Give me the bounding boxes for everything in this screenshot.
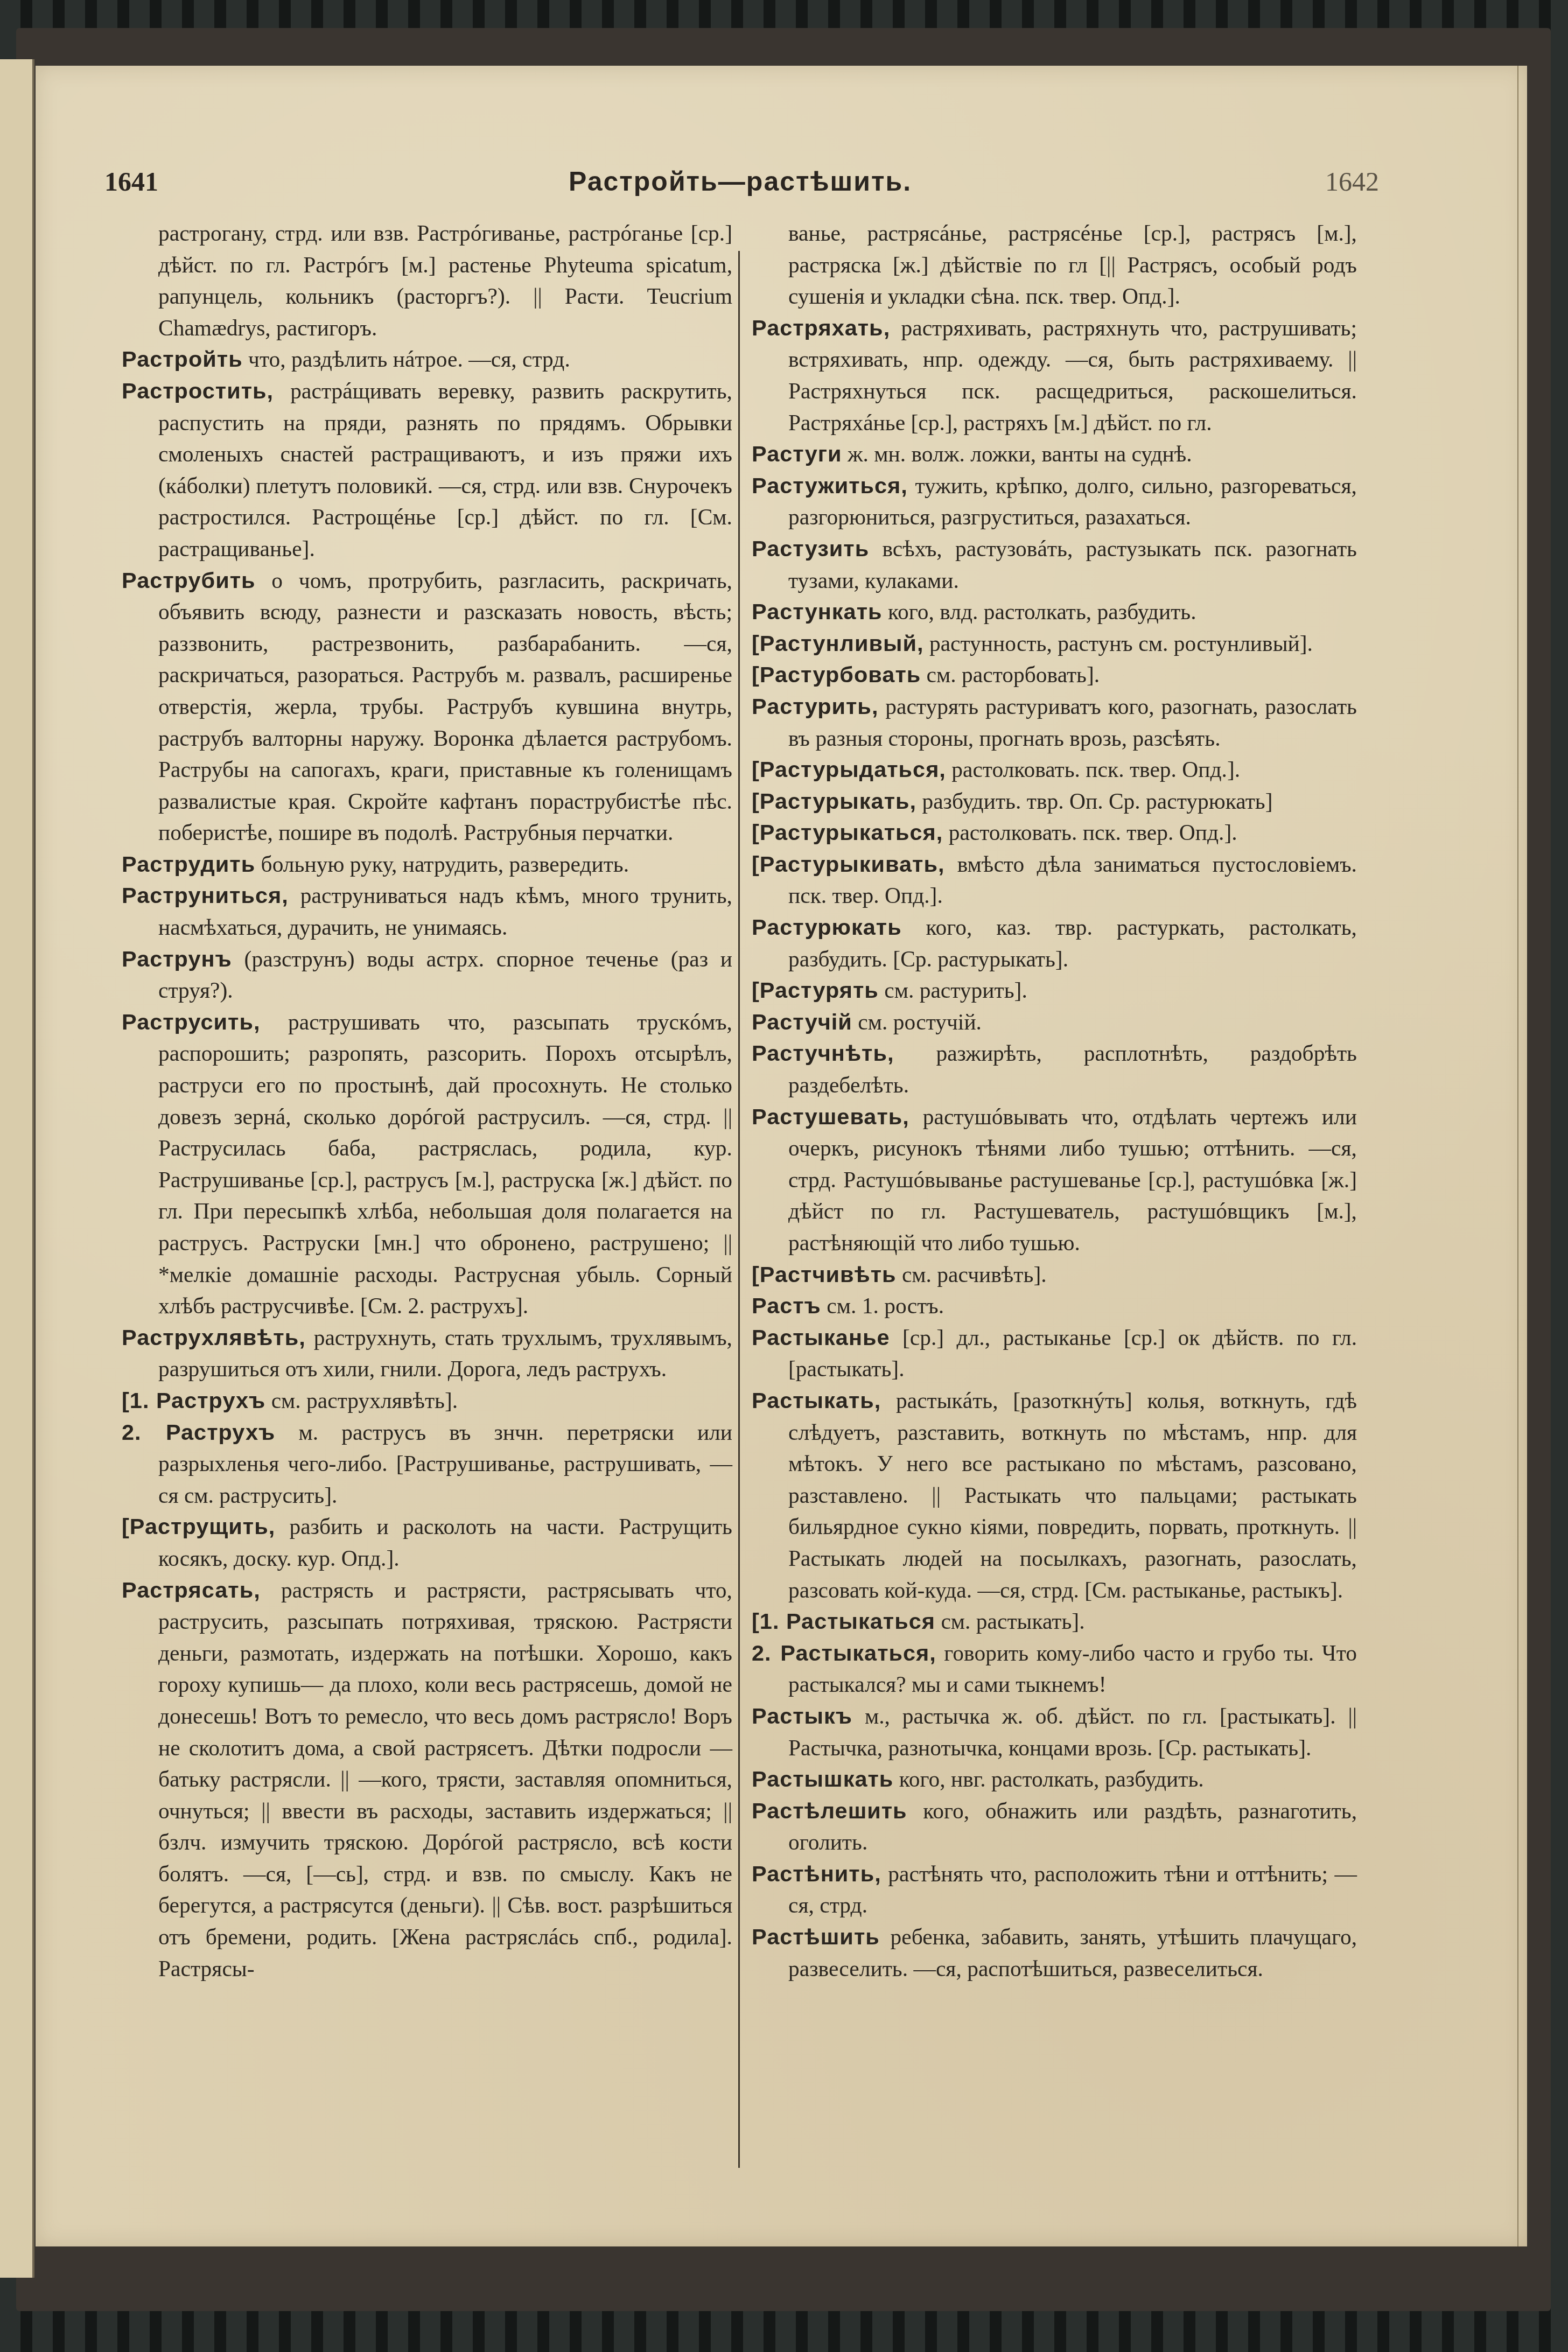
entry-headword: [Растурыдаться, [752,757,946,782]
entry-body: растолковать. пск. твер. Опд.]. [949,820,1237,845]
dictionary-entry: [Растурять см. растурить]. [752,975,1357,1006]
entry-body: см. раструхлявѣть]. [271,1388,458,1413]
entry-headword: [Растчивѣть [752,1262,897,1287]
entry-body: см. расторбовать]. [927,662,1100,687]
entry-headword: [Растурыкать, [752,788,916,814]
entry-headword: Растѣлешить [752,1798,907,1823]
entry-headword: Раструхлявѣть, [122,1325,306,1350]
dictionary-entry: Растункать кого, влд. растолкать, разбуд… [752,596,1357,628]
dictionary-entry: Растряхать, растряхивать, растряхнуть чт… [752,312,1357,438]
entry-headword: 2. Раструхъ [122,1419,275,1445]
entry-headword: Растушевать, [752,1104,909,1129]
dictionary-entry: Раструсить, раструшивать что, разсыпать … [122,1006,732,1322]
dictionary-entry: Растужиться, тужить, крѣпко, долго, силь… [752,470,1357,533]
dictionary-entry: 2. Раструхъ м. раструсъ въ знчн. перетря… [122,1417,732,1511]
entry-headword: Растужиться, [752,473,908,498]
entry-body: раструшивать что, разсыпать трускóмъ, ра… [158,1010,732,1318]
dictionary-entry: [Растурыкать, разбудить. твр. Оп. Ср. ра… [752,786,1357,817]
entry-continuation: ванье, растрясáнье, растрясéнье [ср.], р… [752,218,1357,312]
dictionary-entry: 2. Растыкаться, говорить кому-либо часто… [752,1637,1357,1700]
entry-headword: Раструниться, [122,883,289,908]
entry-headword: Растучій [752,1009,852,1034]
entry-headword: [1. Растыкаться [752,1608,935,1634]
running-title: Растройть—растѣшить. [569,166,912,197]
left-page-number: 1641 [104,166,158,197]
dictionary-entry: [1. Раструхъ см. раструхлявѣть]. [122,1385,732,1417]
entry-body: о чомъ, протрубить, разгласить, раскрича… [158,568,732,845]
dictionary-entry: Растѣлешить кого, обнажить или раздѣть, … [752,1795,1357,1858]
dictionary-entry: Растыкъ м., растычка ж. об. дѣйст. по гл… [752,1700,1357,1763]
entry-headword: Раструбить [122,568,255,593]
dictionary-entry: Раструдить больную руку, натрудить, разв… [122,849,732,880]
entry-body: растрясть и растрясти, растрясывать что,… [158,1578,732,1981]
entry-body: см. растыкать]. [941,1609,1084,1634]
entry-headword: 2. Растыкаться, [752,1640,936,1665]
dictionary-entry: [Растурыкаться, растолковать. пск. твер.… [752,817,1357,849]
entry-headword: Растузить [752,536,869,561]
dictionary-entry: [Растурбовать см. расторбовать]. [752,659,1357,691]
entry-body: см. ростучій. [858,1010,982,1034]
entry-body: растрáщивать веревку, развить раскрутить… [158,379,732,561]
dictionary-entry: Растройть что, раздѣлить нáтрое. —ся, ст… [122,344,732,375]
entry-body: кого, влд. растолкать, разбудить. [888,599,1196,624]
entry-headword: Раструсить, [122,1009,260,1034]
dictionary-entry: Растыканье [ср.] дл., растыканье [ср.] о… [752,1322,1357,1385]
dictionary-entry: [Растурыкивать, вмѣсто дѣла заниматься п… [752,849,1357,912]
dictionary-entry: Растушевать, растушóвывать что, отдѣлать… [752,1101,1357,1259]
entry-body: (разструнъ) воды астрх. спорное теченье … [158,947,732,1003]
entry-body: растрогану, стрд. или взв. Растрóгиванье… [158,221,732,340]
dictionary-entry: Растѣшить ребенка, забавить, занять, утѣ… [752,1921,1357,1984]
dictionary-entry: Растышкать кого, нвг. растолкать, разбуд… [752,1763,1357,1795]
right-column: ванье, растрясáнье, растрясéнье [ср.], р… [752,218,1357,1984]
entry-headword: Растѣшить [752,1924,880,1949]
dictionary-entry: Растурюкать кого, каз. твр. растуркать, … [752,912,1357,975]
entry-headword: [Растурыкаться, [752,820,943,845]
dictionary-entry: [Раструщить, разбить и расколоть на част… [122,1511,732,1574]
entry-body: больную руку, натрудить, развередить. [261,852,629,877]
entry-headword: Растряхать, [752,315,890,340]
entry-headword: Растурить, [752,694,878,719]
dictionary-entry: [Растунливый, растунность, растунъ см. р… [752,628,1357,660]
entry-body: растыкáть, [разоткнýть] колья, воткнуть,… [788,1388,1357,1602]
right-page-number: 1642 [1325,166,1379,197]
entry-headword: [Растунливый, [752,631,924,656]
dictionary-entry: Растъ см. 1. ростъ. [752,1290,1357,1322]
dictionary-entry: [1. Растыкаться см. растыкать]. [752,1606,1357,1637]
entry-body: ж. мн. волж. ложки, ванты на суднѣ. [848,442,1192,466]
dictionary-entry: Растузить всѣхъ, растузовáть, растузыкат… [752,533,1357,596]
dictionary-entry: Раструниться, раструниваться надъ кѣмъ, … [122,880,732,943]
left-column: растрогану, стрд. или взв. Растрóгиванье… [122,218,732,1984]
entry-headword: Растѣнить, [752,1861,881,1886]
entry-body: м., растычка ж. об. дѣйст. по гл. [расты… [788,1704,1357,1760]
dictionary-page: 1641 Растройть—растѣшить. 1642 растроган… [36,66,1527,2246]
text-columns: растрогану, стрд. или взв. Растрóгиванье… [36,218,1527,2156]
facing-page-edge [0,59,34,2278]
dictionary-entry: Растыкать, растыкáть, [разоткнýть] колья… [752,1385,1357,1606]
entry-body: ванье, растрясáнье, растрясéнье [ср.], р… [788,221,1357,309]
entry-body: кого, нвг. растолкать, разбудить. [899,1767,1204,1791]
entry-headword: Растуги [752,441,842,466]
entry-headword: [Раструщить, [122,1514,275,1539]
entry-headword: Растышкать [752,1766,893,1791]
dictionary-entry: [Растурыдаться, растолковать. пск. твер.… [752,754,1357,786]
entry-headword: [Растурять [752,977,879,1003]
entry-headword: Растройть [122,346,243,372]
entry-headword: Раструдить [122,851,255,877]
entry-headword: Растыканье [752,1325,890,1350]
entry-body: см. растурить]. [884,978,1027,1003]
entry-body: что, раздѣлить нáтрое. —ся, стрд. [248,347,570,372]
dictionary-entry: Растуги ж. мн. волж. ложки, ванты на суд… [752,438,1357,470]
entry-body: растунность, растунъ см. ростунливый]. [929,631,1313,656]
column-divider [738,251,740,2168]
running-header: 1641 Растройть—растѣшить. 1642 [36,166,1527,209]
entry-body: разбудить. твр. Оп. Ср. растурюкать] [922,789,1272,814]
dictionary-entry: Раструбить о чомъ, протрубить, разгласит… [122,565,732,849]
entry-headword: Растрясать, [122,1577,261,1602]
entry-body: см. расчивѣть]. [902,1262,1047,1287]
entry-headword: Растростить, [122,378,274,403]
entry-body: растолковать. пск. твер. Опд.]. [951,757,1240,782]
dictionary-entry: Растурить, растурять растуриватъ кого, р… [752,691,1357,754]
dictionary-entry: Растучнѣть, разжирѣть, расплотнѣть, разд… [752,1038,1357,1101]
entry-headword: Растыкъ [752,1703,852,1728]
entry-headword: Растъ [752,1293,821,1318]
entry-headword: [Растурыкивать, [752,851,945,877]
entry-headword: Раструнъ [122,946,232,971]
entry-headword: Растункать [752,599,883,624]
dictionary-entry: Растростить, растрáщивать веревку, разви… [122,375,732,565]
dictionary-entry: Раструхлявѣть, раструхнуть, стать трухлы… [122,1322,732,1385]
entry-body: всѣхъ, растузовáть, растузыкать пск. раз… [788,536,1357,593]
entry-headword: Растыкать, [752,1388,881,1413]
dictionary-entry: Растучій см. ростучій. [752,1006,1357,1038]
entry-headword: [Растурбовать [752,662,921,687]
entry-headword: Растучнѣть, [752,1040,894,1066]
dictionary-entry: Растѣнить, растѣнять что, расположить тѣ… [752,1858,1357,1921]
dictionary-entry: Растрясать, растрясть и растрясти, растр… [122,1574,732,1985]
entry-body: см. 1. ростъ. [827,1293,944,1318]
entry-headword: [1. Раструхъ [122,1388,265,1413]
dictionary-entry: [Растчивѣть см. расчивѣть]. [752,1259,1357,1291]
entry-headword: Растурюкать [752,914,902,940]
entry-continuation: растрогану, стрд. или взв. Растрóгиванье… [122,218,732,344]
dictionary-entry: Раструнъ (разструнъ) воды астрх. спорное… [122,943,732,1006]
